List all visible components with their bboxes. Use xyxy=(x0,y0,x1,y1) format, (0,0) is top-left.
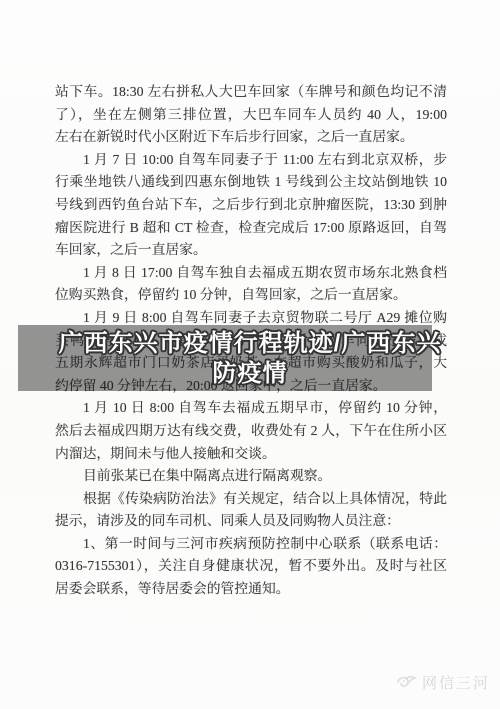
document-line: 然后去福成四期万达有线交费，收费处有 2 人，下午在住所小区 xyxy=(55,420,447,443)
document-line: 提示，请涉及的同车司机、同乘人员及同购物人员注意： xyxy=(55,510,447,533)
document-line: 1 月 7 日 10:00 自驾车同妻子于 11:00 左右到北京双桥，步 xyxy=(55,149,447,172)
document-line: 0316-7155301），关注自身健康状况，暂不要外出。及时与社区 xyxy=(55,555,447,578)
document-line: 号线到西钓鱼台站下车，之后步行到北京肿瘤医院，13:30 到肿 xyxy=(55,194,447,217)
document-line: 车回家，之后一直居家。 xyxy=(55,239,447,262)
document-line: 根据《传染病防治法》有关规定，结合以上具体情况，特此 xyxy=(55,488,447,511)
headline-title-line2: 防疫情 xyxy=(0,359,500,389)
headline-title-line1: 广西东兴市疫情行程轨迹/广西东兴 xyxy=(0,329,500,359)
watermark: 网信三河 xyxy=(395,672,490,693)
watermark-label: 网信三河 xyxy=(422,672,490,693)
document-line: 目前张某已在集中隔离点进行隔离观察。 xyxy=(55,465,447,488)
document-line: 1 月 10 日 8:00 自驾车去福成五期早市，停留约 10 分钟， xyxy=(55,397,447,420)
article-photo-page: 站下车。18:30 左右拼私人大巴车回家（车牌号和颜色均记不清了），坐在左侧第三… xyxy=(0,0,500,709)
document-line: 1 月 8 日 17:00 自驾车独自去福成五期农贸市场东北熟食档 xyxy=(55,262,447,285)
document-line: 行乘坐地铁八通线到四惠东倒地铁 1 号线到公主坟站倒地铁 10 xyxy=(55,171,447,194)
document-line: 站下车。18:30 左右拼私人大巴车回家（车牌号和颜色均记不清 xyxy=(55,81,447,104)
document-line: 居委会联系，等待居委会的管控通知。 xyxy=(55,578,447,601)
dove-swirl-logo-icon xyxy=(395,673,417,693)
document-line: 了），坐在左侧第三排位置，大巴车同车人员约 40 人，19:00 xyxy=(55,104,447,127)
document-line: 瘤医院进行 B 超和 CT 检查，检查完成后 17:00 原路返回，自驾 xyxy=(55,217,447,240)
document-line: 1、第一时间与三河市疾病预防控制中心联系（联系电话： xyxy=(55,533,447,556)
document-line: 位购买熟食，停留约 10 分钟，自驾回家，之后一直居家。 xyxy=(55,284,447,307)
document-line: 内溜达，期间未与他人接触和交谈。 xyxy=(55,443,447,466)
headline-title: 广西东兴市疫情行程轨迹/广西东兴 防疫情 xyxy=(0,329,500,389)
document-line: 左右在新锐时代小区附近下车后步行回家，之后一直居家。 xyxy=(55,126,447,149)
